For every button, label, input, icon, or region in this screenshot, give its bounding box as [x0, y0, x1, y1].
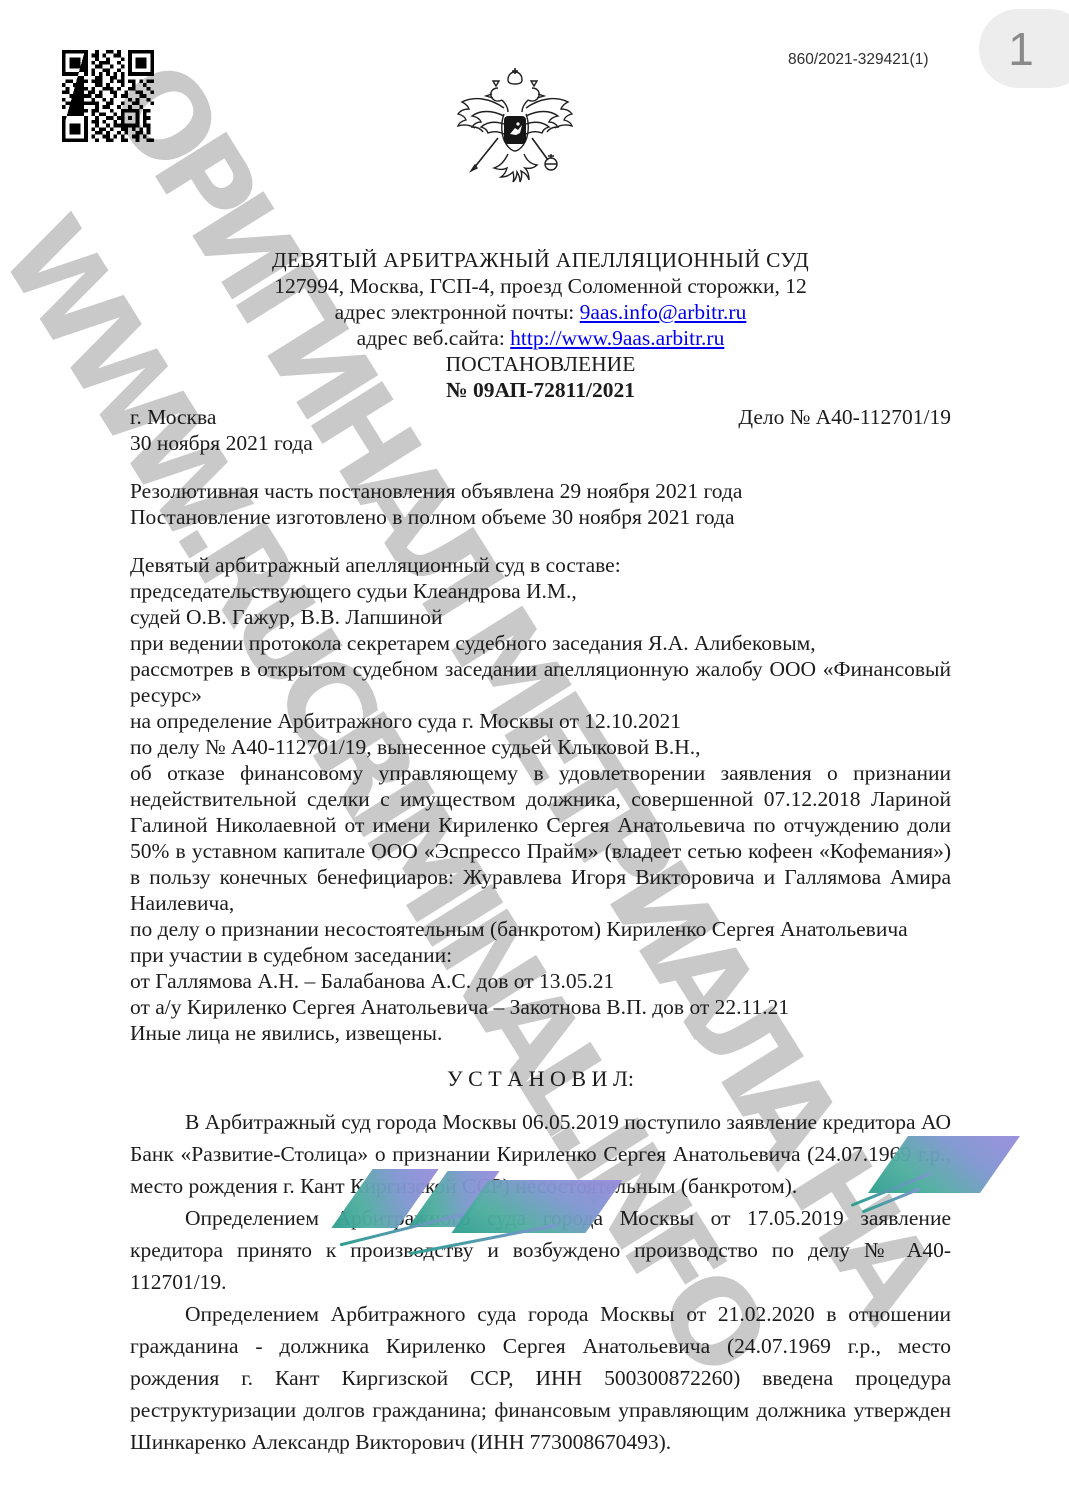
page-number-badge: 1 — [979, 9, 1069, 88]
presiding-judge-line: председательствующего судьи Клеандрова И… — [130, 578, 951, 604]
document-body: ДЕВЯТЫЙ АРБИТРАЖНЫЙ АПЕЛЛЯЦИОННЫЙ СУД 12… — [130, 0, 951, 1458]
ruling-ref-line: на определение Арбитражного суда г. Моск… — [130, 708, 951, 734]
announce-line-1: Резолютивная часть постановления объявле… — [130, 478, 951, 504]
judges-line: судей О.В. Гажур, В.В. Лапшиной — [130, 604, 951, 630]
document-page: ОРИГИНАЛ МЕТРИАЛА НА WWW.RUCRIMINAL.INFO… — [0, 0, 1069, 1501]
court-email-line: адрес электронной почты: 9aas.info@arbit… — [130, 299, 951, 325]
letterhead: ДЕВЯТЫЙ АРБИТРАЖНЫЙ АПЕЛЛЯЦИОННЫЙ СУД 12… — [130, 247, 951, 403]
court-site-line: адрес веб.сайта: http://www.9aas.arbitr.… — [130, 325, 951, 351]
case-number: Дело № А40-112701/19 — [738, 404, 951, 430]
court-website-link[interactable]: http://www.9aas.arbitr.ru — [510, 326, 724, 350]
panel-line: Девятый арбитражный апелляционный суд в … — [130, 552, 951, 578]
attendee-line-2: от а/у Кириленко Сергея Анатольевича – З… — [130, 994, 951, 1020]
challenge-paragraph: об отказе финансовому управляющему в удо… — [130, 760, 951, 916]
site-label: адрес веб.сайта: — [357, 326, 511, 350]
attendance-heading: при участии в судебном заседании: — [130, 942, 951, 968]
document-reference: 860/2021-329421(1) — [788, 51, 928, 69]
case-judge-line: по делу № А40-112701/19, вынесенное судь… — [130, 734, 951, 760]
document-type: ПОСТАНОВЛЕНИЕ — [130, 351, 951, 377]
email-label: адрес электронной почты: — [335, 300, 580, 324]
document-number: № 09АП-72811/2021 — [130, 377, 951, 403]
qr-code — [62, 50, 154, 142]
attendee-line-1: от Галлямова А.Н. – Балабанова А.С. дов … — [130, 968, 951, 994]
bankruptcy-case-line: по делу о признании несостоятельным (бан… — [130, 916, 951, 942]
absentees-line: Иные лица не явились, извещены. — [130, 1020, 951, 1046]
announce-line-2: Постановление изготовлено в полном объем… — [130, 504, 951, 530]
double-headed-eagle — [452, 64, 578, 206]
secretary-line: при ведении протокола секретарем судебно… — [130, 630, 951, 656]
qr-code-image — [62, 50, 154, 142]
resolution-heading: У С Т А Н О В И Л: — [130, 1066, 951, 1092]
appeal-paragraph: рассмотрев в открытом судебном заседании… — [130, 656, 951, 708]
city: г. Москва — [130, 404, 216, 430]
page-number: 1 — [1008, 22, 1034, 76]
decision-date: 30 ноября 2021 года — [130, 430, 951, 456]
court-name: ДЕВЯТЫЙ АРБИТРАЖНЫЙ АПЕЛЛЯЦИОННЫЙ СУД — [130, 247, 951, 273]
court-address: 127994, Москва, ГСП-4, проезд Соломенной… — [130, 273, 951, 299]
court-email-link[interactable]: 9aas.info@arbitr.ru — [580, 300, 747, 324]
body-paragraph-3: Определением Арбитражного суда города Мо… — [130, 1298, 951, 1458]
coat-of-arms-icon — [452, 64, 578, 206]
meta-row: г. Москва Дело № А40-112701/19 — [130, 404, 951, 430]
